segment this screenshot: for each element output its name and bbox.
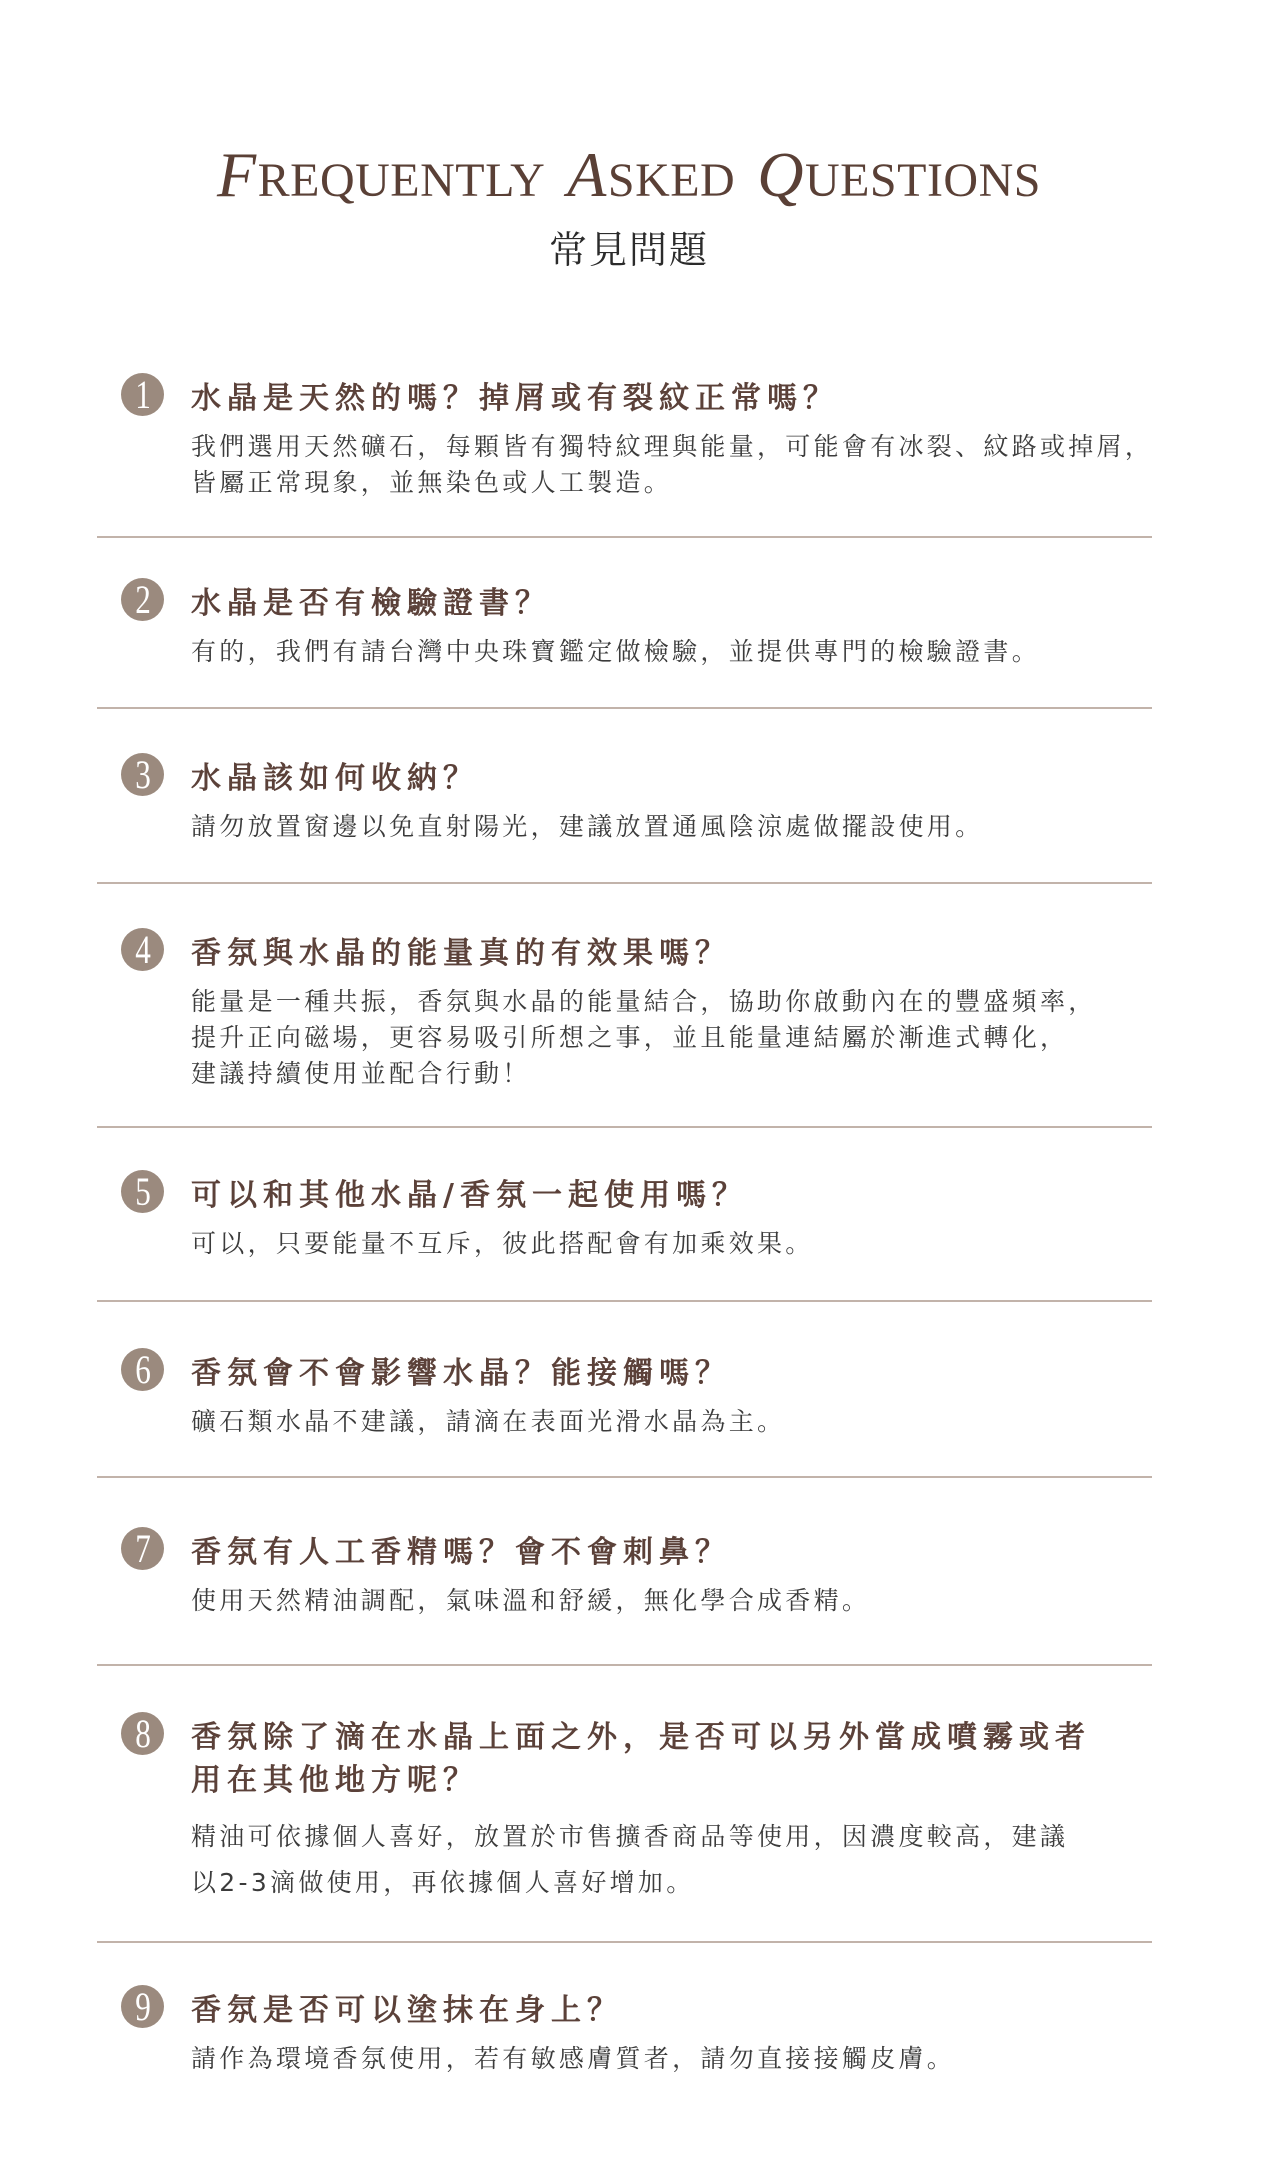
- question-line: 可以和其他水晶/香氛一起使用嗎？: [191, 1174, 1280, 1217]
- answer-line: 請作為環境香氛使用，若有敏感膚質者，請勿直接接觸皮膚。: [191, 2041, 1280, 2077]
- faq-question: 香氛會不會影響水晶？能接觸嗎？: [191, 1352, 1280, 1395]
- number-badge-label: 3: [135, 755, 151, 795]
- divider: [97, 1126, 1152, 1128]
- faq-answer: 能量是一種共振，香氛與水晶的能量結合，協助你啟動內在的豐盛頻率， 提升正向磁場，…: [191, 984, 1280, 1092]
- faq-item: 4 香氛與水晶的能量真的有效果嗎？ 能量是一種共振，香氛與水晶的能量結合，協助你…: [0, 932, 1280, 1092]
- number-badge: 5: [121, 1170, 164, 1213]
- page-title: FREQUENTLYASKEDQUESTIONS: [0, 151, 1258, 211]
- number-badge: 9: [121, 1985, 164, 2028]
- number-badge: 6: [121, 1348, 164, 1391]
- answer-line: 我們選用天然礦石，每顆皆有獨特紋理與能量，可能會有冰裂、紋路或掉屑，: [191, 429, 1280, 465]
- faq-answer: 使用天然精油調配，氣味溫和舒緩，無化學合成香精。: [191, 1583, 1280, 1619]
- faq-item: 7 香氛有人工香精嗎？會不會刺鼻？ 使用天然精油調配，氣味溫和舒緩，無化學合成香…: [0, 1531, 1280, 1619]
- divider: [97, 707, 1152, 709]
- faq-item: 1 水晶是天然的嗎？掉屑或有裂紋正常嗎？ 我們選用天然礦石，每顆皆有獨特紋理與能…: [0, 377, 1280, 501]
- faq-question: 水晶是天然的嗎？掉屑或有裂紋正常嗎？: [191, 377, 1280, 420]
- number-badge: 1: [121, 373, 164, 416]
- divider: [97, 1476, 1152, 1478]
- faq-answer: 請作為環境香氛使用，若有敏感膚質者，請勿直接接觸皮膚。: [191, 2041, 1280, 2077]
- faq-question: 水晶是否有檢驗證書？: [191, 582, 1280, 625]
- number-badge-label: 5: [135, 1172, 151, 1212]
- faq-item: 6 香氛會不會影響水晶？能接觸嗎？ 礦石類水晶不建議，請滴在表面光滑水晶為主。: [0, 1352, 1280, 1440]
- divider: [97, 1300, 1152, 1302]
- answer-line: 請勿放置窗邊以免直射陽光，建議放置通風陰涼處做擺設使用。: [191, 809, 1280, 845]
- title-word: QUESTIONS: [757, 151, 1041, 211]
- number-badge-label: 9: [135, 1987, 151, 2027]
- answer-line: 皆屬正常現象，並無染色或人工製造。: [191, 465, 1280, 501]
- faq-answer: 有的，我們有請台灣中央珠寶鑑定做檢驗，並提供專門的檢驗證書。: [191, 634, 1280, 670]
- number-badge: 3: [121, 753, 164, 796]
- faq-item: 3 水晶該如何收納？ 請勿放置窗邊以免直射陽光，建議放置通風陰涼處做擺設使用。: [0, 757, 1280, 845]
- answer-line: 建議持續使用並配合行動！: [191, 1056, 1280, 1092]
- question-line: 水晶是天然的嗎？掉屑或有裂紋正常嗎？: [191, 377, 1280, 420]
- faq-item: 9 香氛是否可以塗抹在身上？ 請作為環境香氛使用，若有敏感膚質者，請勿直接接觸皮…: [0, 1989, 1280, 2077]
- number-badge-label: 4: [135, 930, 151, 970]
- faq-answer: 請勿放置窗邊以免直射陽光，建議放置通風陰涼處做擺設使用。: [191, 809, 1280, 845]
- title-word: ASKED: [567, 151, 735, 211]
- faq-page: FREQUENTLYASKEDQUESTIONS 常見問題 1 水晶是天然的嗎？…: [0, 0, 1280, 2178]
- question-line: 用在其他地方呢？: [191, 1759, 1280, 1802]
- faq-question: 香氛除了滴在水晶上面之外，是否可以另外當成噴霧或者 用在其他地方呢？: [191, 1716, 1280, 1802]
- number-badge-label: 6: [135, 1350, 151, 1390]
- number-badge: 8: [121, 1712, 164, 1755]
- number-badge-label: 8: [135, 1714, 151, 1754]
- number-badge-label: 1: [135, 375, 151, 415]
- faq-question: 香氛是否可以塗抹在身上？: [191, 1989, 1280, 2032]
- number-badge: 4: [121, 928, 164, 971]
- answer-line: 提升正向磁場，更容易吸引所想之事，並且能量連結屬於漸進式轉化，: [191, 1020, 1280, 1056]
- faq-question: 可以和其他水晶/香氛一起使用嗎？: [191, 1174, 1280, 1217]
- faq-answer: 可以，只要能量不互斥，彼此搭配會有加乘效果。: [191, 1226, 1280, 1262]
- answer-line: 以2-3滴做使用，再依據個人喜好增加。: [191, 1860, 1280, 1906]
- divider: [97, 536, 1152, 538]
- question-line: 水晶該如何收納？: [191, 757, 1280, 800]
- faq-answer: 礦石類水晶不建議，請滴在表面光滑水晶為主。: [191, 1404, 1280, 1440]
- faq-question: 香氛有人工香精嗎？會不會刺鼻？: [191, 1531, 1280, 1574]
- answer-line: 使用天然精油調配，氣味溫和舒緩，無化學合成香精。: [191, 1583, 1280, 1619]
- faq-answer: 我們選用天然礦石，每顆皆有獨特紋理與能量，可能會有冰裂、紋路或掉屑， 皆屬正常現…: [191, 429, 1280, 501]
- divider: [97, 1664, 1152, 1666]
- answer-line: 礦石類水晶不建議，請滴在表面光滑水晶為主。: [191, 1404, 1280, 1440]
- title-word: FREQUENTLY: [217, 151, 545, 211]
- question-line: 香氛會不會影響水晶？能接觸嗎？: [191, 1352, 1280, 1395]
- number-badge: 2: [121, 578, 164, 621]
- faq-item: 8 香氛除了滴在水晶上面之外，是否可以另外當成噴霧或者 用在其他地方呢？ 精油可…: [0, 1716, 1280, 1906]
- question-line: 香氛有人工香精嗎？會不會刺鼻？: [191, 1531, 1280, 1574]
- question-line: 香氛是否可以塗抹在身上？: [191, 1989, 1280, 2032]
- answer-line: 能量是一種共振，香氛與水晶的能量結合，協助你啟動內在的豐盛頻率，: [191, 984, 1280, 1020]
- faq-question: 水晶該如何收納？: [191, 757, 1280, 800]
- question-line: 水晶是否有檢驗證書？: [191, 582, 1280, 625]
- question-line: 香氛除了滴在水晶上面之外，是否可以另外當成噴霧或者: [191, 1716, 1280, 1759]
- answer-line: 可以，只要能量不互斥，彼此搭配會有加乘效果。: [191, 1226, 1280, 1262]
- divider: [97, 882, 1152, 884]
- answer-line: 有的，我們有請台灣中央珠寶鑑定做檢驗，並提供專門的檢驗證書。: [191, 634, 1280, 670]
- faq-question: 香氛與水晶的能量真的有效果嗎？: [191, 932, 1280, 975]
- number-badge: 7: [121, 1527, 164, 1570]
- number-badge-label: 2: [135, 580, 151, 620]
- page-subtitle: 常見問題: [0, 225, 1258, 275]
- faq-item: 2 水晶是否有檢驗證書？ 有的，我們有請台灣中央珠寶鑑定做檢驗，並提供專門的檢驗…: [0, 582, 1280, 670]
- faq-item: 5 可以和其他水晶/香氛一起使用嗎？ 可以，只要能量不互斥，彼此搭配會有加乘效果…: [0, 1174, 1280, 1262]
- number-badge-label: 7: [135, 1529, 151, 1569]
- faq-answer: 精油可依據個人喜好，放置於市售擴香商品等使用，因濃度較高，建議 以2-3滴做使用…: [191, 1814, 1280, 1906]
- question-line: 香氛與水晶的能量真的有效果嗎？: [191, 932, 1280, 975]
- divider: [97, 1941, 1152, 1943]
- answer-line: 精油可依據個人喜好，放置於市售擴香商品等使用，因濃度較高，建議: [191, 1814, 1280, 1860]
